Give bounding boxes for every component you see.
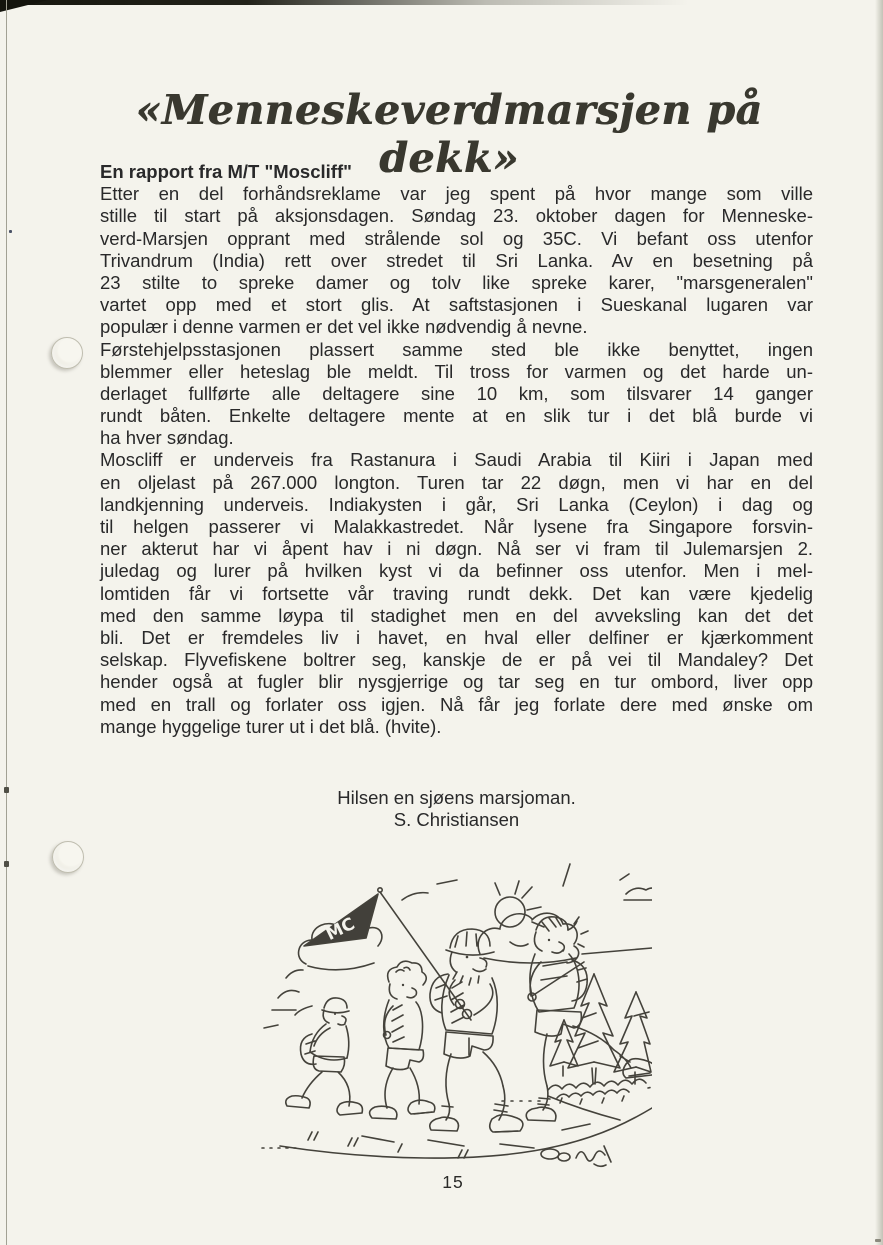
scan-speck xyxy=(4,787,9,793)
body-line: med en trall og forlater oss igjen. Nå f… xyxy=(100,694,813,716)
body-line: ner akterut har vi åpent hav i ni døgn. … xyxy=(100,538,813,560)
body-line: 23 stilte to spreke damer og tolv like s… xyxy=(100,272,813,294)
hiker-fourth xyxy=(286,998,363,1115)
body-line: Moscliff er underveis fra Rastanura i Sa… xyxy=(100,449,813,471)
body-line: derlaget fullførte alle deltagere sine 1… xyxy=(100,383,813,405)
hiker-third xyxy=(370,961,435,1119)
body-line: hender også at fugler blir nysgjerrige o… xyxy=(100,671,813,693)
body-line: Trivandrum (India) rett over stredet til… xyxy=(100,250,813,272)
body-line: blemmer eller heteslag ble meldt. Til tr… xyxy=(100,361,813,383)
hiker-second xyxy=(526,917,652,1121)
ground xyxy=(262,1108,652,1161)
hole-punch-bottom xyxy=(52,841,84,873)
artist-signature-scribble xyxy=(576,1146,611,1166)
body-line: ha hver søndag. xyxy=(100,427,813,449)
article-closing: Hilsen en sjøens marsjoman.S. Christians… xyxy=(100,787,813,831)
illustration-marchers: MC xyxy=(252,858,652,1170)
body-line: juledag og lurer på hvilken kyst vi da b… xyxy=(100,560,813,582)
body-line: Førstehjelpsstasjonen plassert samme ste… xyxy=(100,339,813,361)
hole-punch-top xyxy=(51,337,83,369)
scan-corner-shadow xyxy=(0,0,48,12)
scan-speck xyxy=(9,230,12,233)
page-spine-line xyxy=(6,0,7,1245)
body-line: landkjenning underveis. Indiakysten i gå… xyxy=(100,494,813,516)
closing-line: Hilsen en sjøens marsjoman. xyxy=(100,787,813,809)
body-line: lomtiden får vi fortsette vår traving ru… xyxy=(100,583,813,605)
body-line: en oljelast på 267.000 longton. Turen ta… xyxy=(100,472,813,494)
body-line: til helgen passerer vi Malakkastredet. N… xyxy=(100,516,813,538)
hiker-lead xyxy=(430,929,523,1132)
closing-line: S. Christiansen xyxy=(100,809,813,831)
body-line: selskap. Flyvefiskene boltrer seg, kansk… xyxy=(100,649,813,671)
sky-marks xyxy=(264,864,649,1028)
scan-speck xyxy=(4,861,9,867)
scan-page: «Menneskeverdmarsjen på dekk» En rapport… xyxy=(0,0,883,1245)
scan-right-edge-shadow xyxy=(875,0,883,1245)
body-line: stille til start på aksjonsdagen. Søndag… xyxy=(100,205,813,227)
body-line: rundt båten. Enkelte deltagere mente at … xyxy=(100,405,813,427)
body-line: Etter en del forhåndsreklame var jeg spe… xyxy=(100,183,813,205)
body-line: populær i denne varmen er det vel ikke n… xyxy=(100,316,813,338)
pine-trees xyxy=(502,974,652,1120)
sun-icon xyxy=(495,881,544,927)
article-body: En rapport fra M/T "Moscliff" Etter en d… xyxy=(100,161,813,738)
body-line: vartet opp med et stort glis. At saftsta… xyxy=(100,294,813,316)
clouds xyxy=(272,888,652,1010)
body-line: verd-Marsjen opprant med strålende sol o… xyxy=(100,228,813,250)
body-line: bli. Det er fremdeles liv i havet, en hv… xyxy=(100,627,813,649)
article-subtitle: En rapport fra M/T "Moscliff" xyxy=(100,161,813,183)
body-line: med den samme løypa til stadighet men en… xyxy=(100,605,813,627)
page-number: 15 xyxy=(100,1172,806,1193)
scan-speck xyxy=(875,1239,881,1242)
body-line: mange hyggelige turer ut i det blå. (hvi… xyxy=(100,716,813,738)
scan-top-edge-shadow xyxy=(0,0,883,5)
